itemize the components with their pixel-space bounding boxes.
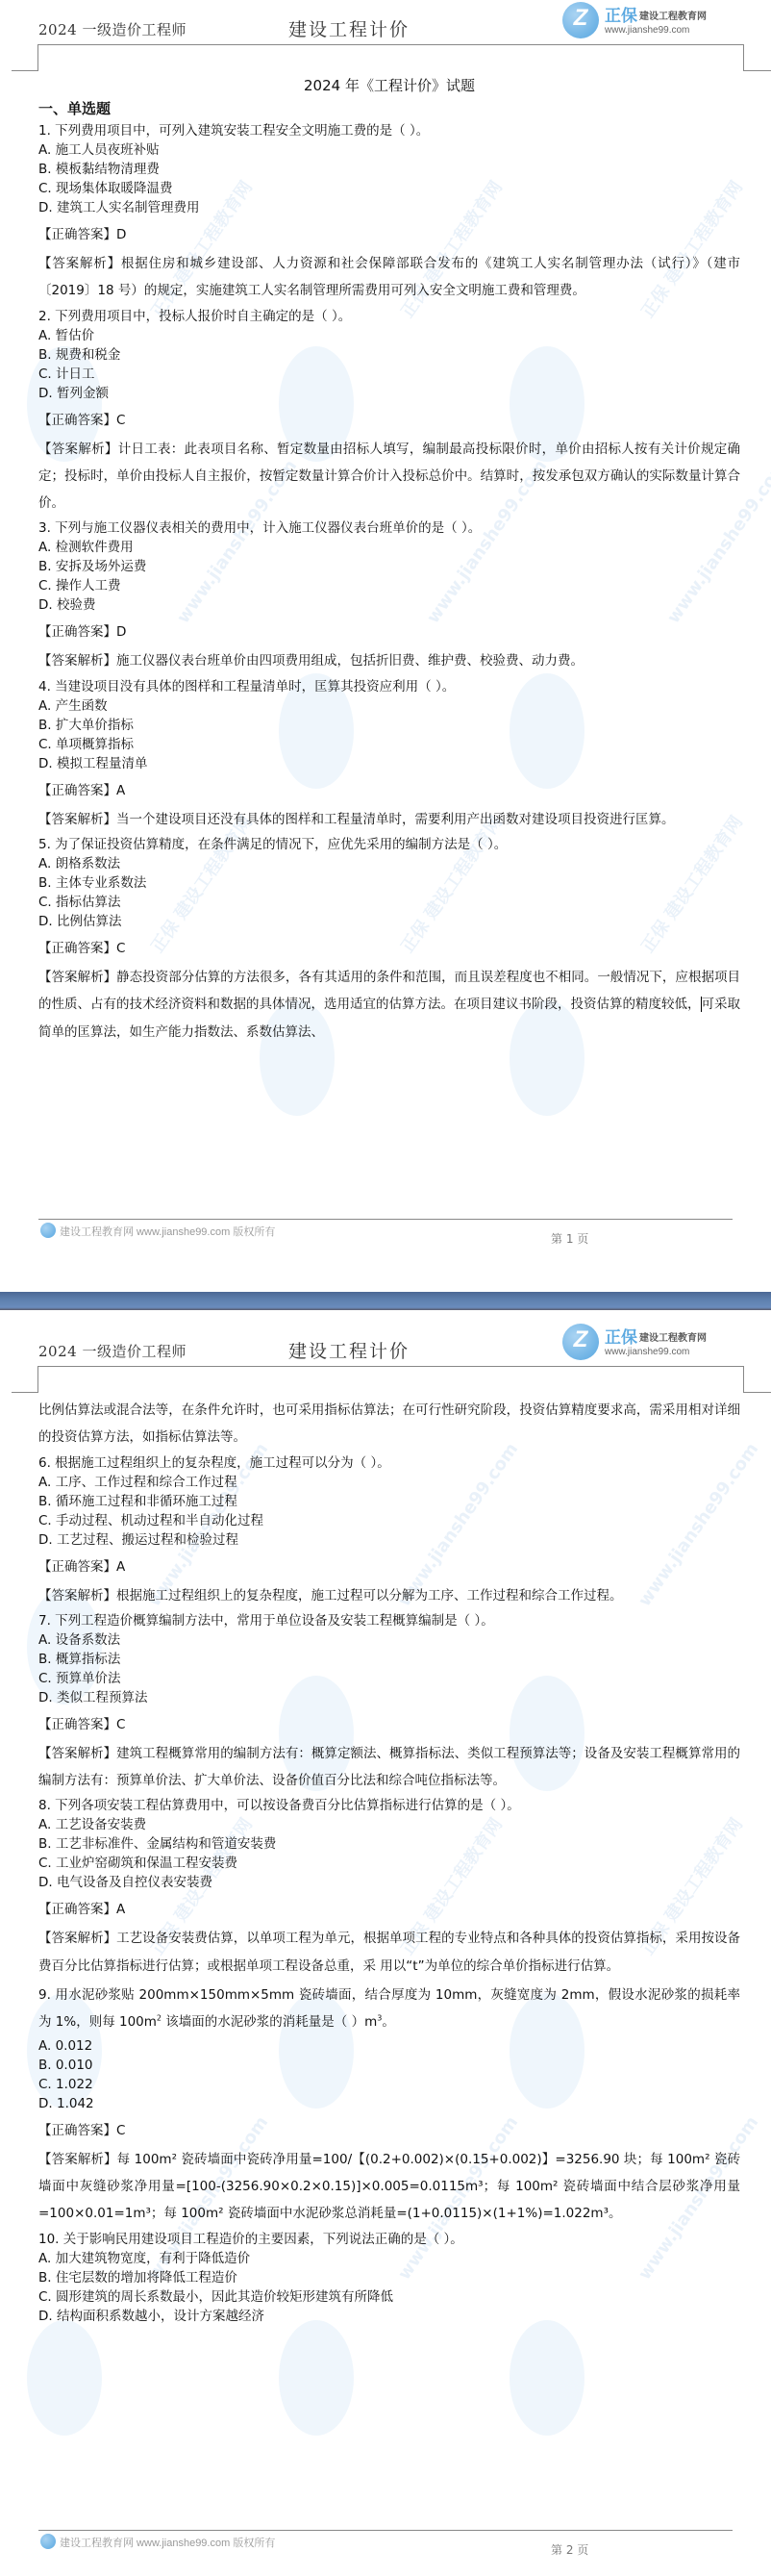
header-bracket-right — [743, 44, 744, 70]
footer-rule — [38, 2530, 733, 2531]
option-a: A. 施工人员夜班补贴 — [38, 140, 740, 160]
logo-z-icon: Z — [562, 1324, 599, 1360]
question-stem: 2. 下列费用项目中，投标人报价时自主确定的是（ ）。 — [38, 307, 740, 326]
explanation-label: 【答案解析】 — [38, 1746, 116, 1761]
option-a: A. 0.012 — [38, 2036, 740, 2056]
option-d: D. 电气设备及自控仪表安装费 — [38, 1873, 740, 1892]
page-separator — [0, 1292, 771, 1310]
explanation-label: 【答案解析】 — [38, 1931, 116, 1946]
answer-value: C — [116, 1717, 125, 1732]
option-c: C. 操作人工费 — [38, 576, 740, 595]
brand-logo: Z 正保 建设工程教育网 www.jianshe99.com — [562, 1324, 755, 1366]
answer-explanation: 【答案解析】建筑工程概算常用的编制方法有：概算定额法、概算指标法、类似工程预算法… — [38, 1740, 740, 1795]
header-bracket-left — [37, 44, 38, 70]
explanation-label: 【答案解析】 — [38, 970, 116, 985]
option-b: B. 扩大单价指标 — [38, 716, 740, 735]
option-b: B. 循环施工过程和非循环施工过程 — [38, 1492, 740, 1511]
answer-label: 【正确答案】 — [38, 1902, 116, 1917]
footer-rule — [38, 1219, 733, 1220]
option-d: D. 暂列金额 — [38, 384, 740, 403]
header-subject: 建设工程计价 — [288, 1337, 410, 1363]
logo-brand: 正保 — [605, 2, 637, 26]
option-c: C. 指标估算法 — [38, 893, 740, 912]
question-stem: 1. 下列费用项目中，可列入建筑安装工程安全文明施工费的是（ ）。 — [38, 121, 740, 140]
explanation-text: 建筑工程概算常用的编制方法有：概算定额法、概算指标法、类似工程预算法等；设备及安… — [38, 1746, 740, 1788]
explanation-text: 施工仪器仪表台班单价由四项费用组成，包括折旧费、维护费、校验费、动力费。 — [116, 653, 584, 669]
answer-value: A — [116, 1559, 125, 1575]
option-c: C. 工业炉窑砌筑和保温工程安装费 — [38, 1854, 740, 1873]
logo-brand: 正保 — [605, 1324, 637, 1348]
option-a: A. 检测软件费用 — [38, 538, 740, 557]
question-stem: 7. 下列工程造价概算编制方法中，常用于单位设备及安装工程概算编制是（ ）。 — [38, 1611, 740, 1630]
question-stem: 5. 为了保证投资估算精度，在条件满足的情况下，应优先采用的编制方法是（ ）。 — [38, 835, 740, 854]
footer-logo-icon — [40, 1223, 56, 1238]
answer-explanation: 【答案解析】工艺设备安装费估算，以单项工程为单元，根据单项工程的专业特点和各种具… — [38, 1925, 740, 1980]
question-stem: 6. 根据施工过程组织上的复杂程度，施工过程可以分为（ ）。 — [38, 1453, 740, 1473]
option-d: D. 类似工程预算法 — [38, 1688, 740, 1707]
answer-label: 【正确答案】 — [38, 941, 116, 956]
correct-answer: 【正确答案】C — [38, 937, 740, 960]
option-a: A. 工艺设备安装费 — [38, 1815, 740, 1834]
answer-label: 【正确答案】 — [38, 1717, 116, 1732]
question-7: 7. 下列工程造价概算编制方法中，常用于单位设备及安装工程概算编制是（ ）。 A… — [38, 1611, 740, 1795]
document-title: 2024 年《工程计价》试题 — [38, 75, 740, 96]
option-a: A. 朗格系数法 — [38, 854, 740, 873]
logo-url: www.jianshe99.com — [605, 1347, 689, 1357]
option-c: C. 单项概算指标 — [38, 735, 740, 754]
logo-site-name: 建设工程教育网 — [639, 1329, 707, 1344]
answer-value: D — [116, 227, 126, 242]
answer-value: C — [116, 941, 125, 956]
explanation-label: 【答案解析】 — [38, 2152, 117, 2167]
answer-explanation: 【答案解析】根据住房和城乡建设部、人力资源和社会保障部联合发布的《建筑工人实名制… — [38, 250, 740, 305]
document-page-1: 正保 建设工程教育网 正保 建设工程教育网 正保 建设工程教育网 www.jia… — [0, 0, 771, 1292]
header-exam-name: 2024 一级造价工程师 — [38, 1341, 187, 1361]
correct-answer: 【正确答案】A — [38, 779, 740, 802]
option-d: D. 结构面积系数越小，设计方案越经济 — [38, 2307, 740, 2326]
option-b: B. 0.010 — [38, 2056, 740, 2075]
option-c: C. 手动过程、机动过程和半自动化过程 — [38, 1511, 740, 1530]
explanation-label: 【答案解析】 — [38, 442, 118, 457]
option-d: D. 工艺过程、搬运过程和检验过程 — [38, 1530, 740, 1550]
option-c: C. 现场集体取暖降温费 — [38, 179, 740, 198]
option-b: B. 住宅层数的增加将降低工程造价 — [38, 2268, 740, 2287]
option-b: B. 模板黏结物清理费 — [38, 160, 740, 179]
page-number: 第 1 页 — [551, 1230, 588, 1247]
correct-answer: 【正确答案】D — [38, 620, 740, 644]
question-2: 2. 下列费用项目中，投标人报价时自主确定的是（ ）。 A. 暂估价 B. 规费… — [38, 307, 740, 518]
option-c: C. 1.022 — [38, 2075, 740, 2094]
question-stem: 4. 当建设项目没有具体的图样和工程量清单时，匡算其投资应利用（ ）。 — [38, 677, 740, 696]
answer-label: 【正确答案】 — [38, 227, 116, 242]
option-a: A. 暂估价 — [38, 326, 740, 345]
stem-text: 。 — [382, 2014, 395, 2030]
answer-explanation: 【答案解析】当一个建设项目还没有具体的图样和工程量清单时，需要利用产出函数对建设… — [38, 806, 740, 833]
answer-explanation: 【答案解析】计日工表：此表项目名称、暂定数量由招标人填写，编制最高投标限价时，单… — [38, 436, 740, 518]
option-d: D. 校验费 — [38, 595, 740, 615]
option-c: C. 圆形建筑的周长系数最小，因此其造价较矩形建筑有所降低 — [38, 2287, 740, 2307]
answer-explanation: 【答案解析】每 100m² 瓷砖墙面中瓷砖净用量=100/【(0.2+0.002… — [38, 2146, 740, 2228]
question-1: 1. 下列费用项目中，可列入建筑安装工程安全文明施工费的是（ ）。 A. 施工人… — [38, 121, 740, 305]
option-b: B. 工艺非标准件、金属结构和管道安装费 — [38, 1834, 740, 1854]
answer-value: C — [116, 413, 125, 428]
option-a: A. 设备系数法 — [38, 1630, 740, 1650]
correct-answer: 【正确答案】C — [38, 1713, 740, 1736]
question-stem: 10. 关于影响民用建设项目工程造价的主要因素，下列说法正确的是（ ）。 — [38, 2230, 740, 2249]
question-6: 6. 根据施工过程组织上的复杂程度，施工过程可以分为（ ）。 A. 工序、工作过… — [38, 1453, 740, 1609]
header-rule — [37, 44, 743, 45]
explanation-text-part1: 静态投资部分估算的方法很多，各有其适用的条件和范围，而且误差程度也不相同。一般情… — [38, 970, 740, 1012]
answer-value: D — [116, 624, 126, 640]
answer-explanation: 【答案解析】静态投资部分估算的方法很多，各有其适用的条件和范围，而且误差程度也不… — [38, 964, 740, 1046]
correct-answer: 【正确答案】D — [38, 223, 740, 246]
question-10: 10. 关于影响民用建设项目工程造价的主要因素，下列说法正确的是（ ）。 A. … — [38, 2230, 740, 2326]
watermark-logo-icon — [510, 2320, 584, 2436]
answer-value: A — [116, 783, 125, 798]
answer-label: 【正确答案】 — [38, 783, 116, 798]
option-a: A. 工序、工作过程和综合工作过程 — [38, 1473, 740, 1492]
explanation-text: 根据住房和城乡建设部、人力资源和社会保障部联合发布的《建筑工人实名制管理办法（试… — [38, 256, 740, 298]
explanation-text: 当一个建设项目还没有具体的图样和工程量清单时，需要利用产出函数对建设项目投资进行… — [116, 812, 675, 827]
correct-answer: 【正确答案】C — [38, 2119, 740, 2142]
explanation-label: 【答案解析】 — [38, 1588, 116, 1604]
option-b: B. 主体专业系数法 — [38, 873, 740, 893]
question-3: 3. 下列与施工仪器仪表相关的费用中，计入施工仪器仪表台班单价的是（ ）。 A.… — [38, 518, 740, 674]
answer-label: 【正确答案】 — [38, 413, 116, 428]
explanation-label: 【答案解析】 — [38, 256, 121, 271]
explanation-text: 根据施工过程组织上的复杂程度，施工过程可以分解为工序、工作过程和综合工作过程。 — [116, 1588, 623, 1604]
header-bracket-right — [743, 1366, 744, 1392]
watermark-logo-icon — [27, 2320, 102, 2436]
explanation-text: 工艺设备安装费估算，以单项工程为单元，根据单项工程的专业特点和各种具体的投资估算… — [38, 1931, 740, 1973]
option-c: C. 预算单价法 — [38, 1669, 740, 1688]
option-b: B. 安拆及场外运费 — [38, 557, 740, 576]
correct-answer: 【正确答案】C — [38, 409, 740, 432]
question-8: 8. 下列各项安装工程估算费用中，可以按设备费百分比估算指标进行估算的是（ ）。… — [38, 1796, 740, 1980]
option-d: D. 模拟工程量清单 — [38, 754, 740, 773]
question-stem: 8. 下列各项安装工程估算费用中，可以按设备费百分比估算指标进行估算的是（ ）。 — [38, 1796, 740, 1815]
option-d: D. 比例估算法 — [38, 912, 740, 931]
page-1-content: 2024 年《工程计价》试题 一、单选题 1. 下列费用项目中，可列入建筑安装工… — [38, 75, 740, 1046]
header-tick-right — [743, 1392, 771, 1393]
header-bracket-left — [37, 1366, 38, 1392]
header-rule — [37, 1366, 743, 1367]
explanation-label: 【答案解析】 — [38, 653, 116, 669]
option-d: D. 建筑工人实名制管理费用 — [38, 198, 740, 217]
answer-explanation-continued: 比例估算法或混合法等，在条件允许时，也可采用指标估算法；在可行性研究阶段，投资估… — [38, 1397, 740, 1452]
answer-label: 【正确答案】 — [38, 624, 116, 640]
header-tick-left — [12, 70, 38, 71]
question-5: 5. 为了保证投资估算精度，在条件满足的情况下，应优先采用的编制方法是（ ）。 … — [38, 835, 740, 1046]
option-d: D. 1.042 — [38, 2094, 740, 2113]
answer-label: 【正确答案】 — [38, 1559, 116, 1575]
logo-site-name: 建设工程教育网 — [639, 8, 707, 22]
header-tick-left — [12, 1392, 38, 1393]
watermark-logo-icon — [279, 2320, 354, 2436]
explanation-text: 每 100m² 瓷砖墙面中瓷砖净用量=100/【(0.2+0.002)×(0.1… — [38, 2152, 740, 2222]
option-c: C. 计日工 — [38, 365, 740, 384]
question-9: 9. 用水泥砂浆贴 200mm×150mm×5mm 瓷砖墙面，结合厚度为 10m… — [38, 1982, 740, 2227]
footer-logo-icon — [40, 2534, 56, 2549]
footer-copyright: 建设工程教育网 www.jianshe99.com 版权所有 — [60, 2535, 275, 2550]
stem-text: 该墙面的水泥砂浆的消耗量是（ ）m — [162, 2014, 377, 2030]
question-stem: 3. 下列与施工仪器仪表相关的费用中，计入施工仪器仪表台班单价的是（ ）。 — [38, 518, 740, 538]
header-subject: 建设工程计价 — [288, 15, 410, 41]
option-a: A. 加大建筑物宽度，有利于降低造价 — [38, 2249, 740, 2268]
footer-copyright: 建设工程教育网 www.jianshe99.com 版权所有 — [60, 1224, 275, 1239]
question-stem: 9. 用水泥砂浆贴 200mm×150mm×5mm 瓷砖墙面，结合厚度为 10m… — [38, 1982, 740, 2036]
answer-label: 【正确答案】 — [38, 2123, 116, 2138]
page-header: 2024 一级造价工程师 建设工程计价 Z 正保 建设工程教育网 www.jia… — [0, 1322, 771, 1395]
explanation-text: 计日工表：此表项目名称、暂定数量由招标人填写，编制最高投标限价时，单价由招标人按… — [38, 442, 740, 512]
logo-url: www.jianshe99.com — [605, 25, 689, 36]
document-page-2: www.jianshe99.com www.jianshe99.com www.… — [0, 1310, 771, 2576]
answer-explanation: 【答案解析】施工仪器仪表台班单价由四项费用组成，包括折旧费、维护费、校验费、动力… — [38, 647, 740, 674]
section-title: 一、单选题 — [38, 98, 740, 119]
explanation-label: 【答案解析】 — [38, 812, 116, 827]
answer-explanation: 【答案解析】根据施工过程组织上的复杂程度，施工过程可以分解为工序、工作过程和综合… — [38, 1582, 740, 1609]
logo-z-icon: Z — [562, 2, 599, 38]
answer-value: A — [116, 1902, 125, 1917]
page-number: 第 2 页 — [551, 2541, 588, 2558]
option-b: B. 概算指标法 — [38, 1650, 740, 1669]
question-4: 4. 当建设项目没有具体的图样和工程量清单时，匡算其投资应利用（ ）。 A. 产… — [38, 677, 740, 833]
header-exam-name: 2024 一级造价工程师 — [38, 19, 187, 39]
header-tick-right — [743, 70, 771, 71]
answer-value: C — [116, 2123, 125, 2138]
correct-answer: 【正确答案】A — [38, 1555, 740, 1578]
brand-logo: Z 正保 建设工程教育网 www.jianshe99.com — [562, 2, 755, 44]
page-2-content: 比例估算法或混合法等，在条件允许时，也可采用指标估算法；在可行性研究阶段，投资估… — [38, 1397, 740, 2326]
option-a: A. 产生函数 — [38, 696, 740, 716]
correct-answer: 【正确答案】A — [38, 1898, 740, 1921]
page-header: 2024 一级造价工程师 建设工程计价 Z 正保 建设工程教育网 www.jia… — [0, 0, 771, 73]
option-b: B. 规费和税金 — [38, 345, 740, 365]
